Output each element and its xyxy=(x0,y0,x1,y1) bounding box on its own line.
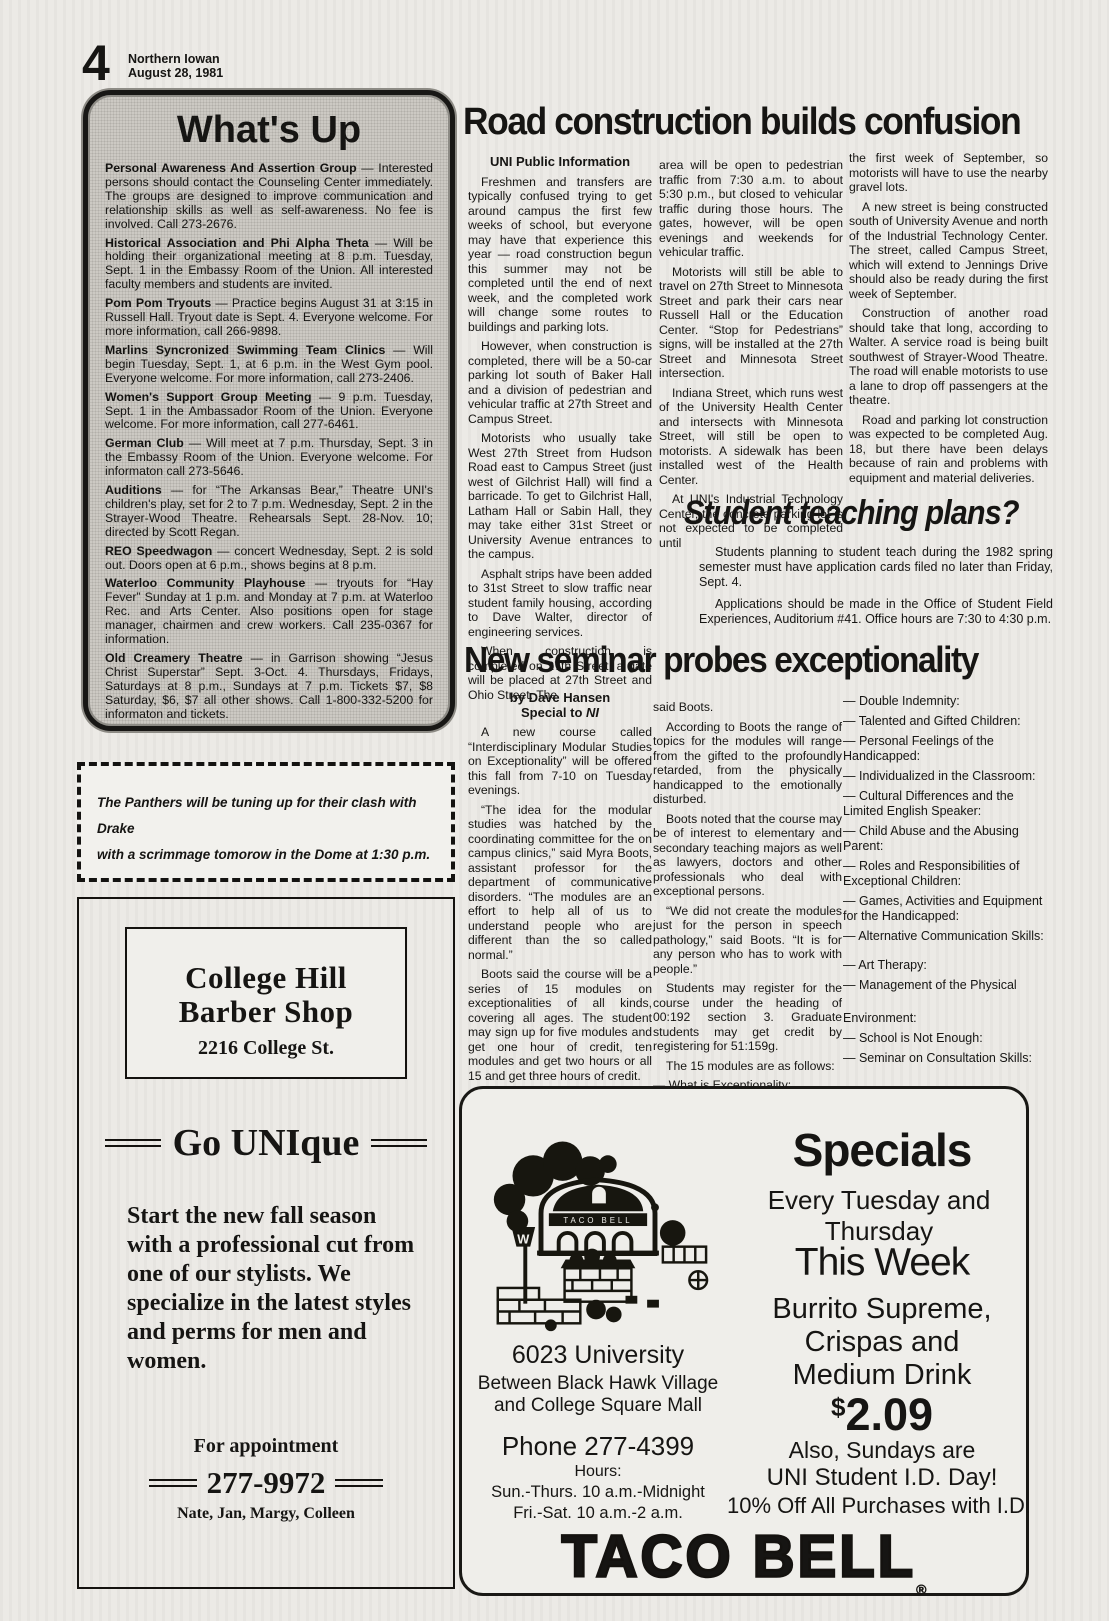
module-item: — Double Indemnity: xyxy=(843,694,1052,709)
this-week-title: This Week xyxy=(742,1241,1022,1285)
article-paragraph: The 15 modules are as follows: xyxy=(653,1059,842,1074)
taco-hours-label: Hours: xyxy=(462,1463,734,1481)
item-name: Marlins Syncronized Swimming Team Clinic… xyxy=(105,343,385,357)
road-column-1: UNI Public Information Freshmen and tran… xyxy=(468,155,652,707)
specials-subtitle: Every Tuesday and Thursday xyxy=(724,1185,1034,1247)
whats-up-item: “Spoon River Revisited” — extended perfo… xyxy=(105,727,433,731)
taco-lamp-glyph: W xyxy=(517,1232,530,1247)
sunday-promo-line3: 10% Off All Purchases with I.D. xyxy=(724,1493,1034,1519)
module-item: — Games, Activities and Equipment for th… xyxy=(843,894,1052,924)
whats-up-item: German Club — Will meet at 7 p.m. Thursd… xyxy=(105,437,433,479)
sunday-promo-line2: UNI Student I.D. Day! xyxy=(742,1464,1022,1492)
appointment-label: For appointment xyxy=(79,1435,453,1458)
road-column-3: the first week of September, so motorist… xyxy=(849,151,1048,490)
taco-bell-logo: TACO BELL® xyxy=(462,1522,1026,1597)
special-item-2: Crispas and xyxy=(742,1326,1022,1359)
module-item: — School is Not Enough: xyxy=(843,1031,1052,1046)
article-paragraph: Freshmen and transfers are typically con… xyxy=(468,175,652,335)
taco-address-line2: Between Black Hawk Village xyxy=(462,1373,734,1395)
taco-address-line3: and College Square Mall xyxy=(462,1395,734,1417)
item-name: Auditions xyxy=(105,483,162,497)
article-paragraph: Boots noted that the course may be of in… xyxy=(653,812,842,899)
barber-name: College Hill Barber Shop xyxy=(127,961,405,1029)
module-item: — Alternative Communication Skills: xyxy=(843,929,1052,944)
barber-shop-ad: College Hill Barber Shop 2216 College St… xyxy=(77,897,455,1589)
panthers-line2: with a scrimmage tomorow in the Dome at … xyxy=(97,842,435,868)
price-value: 2.09 xyxy=(845,1389,933,1440)
item-name: German Club xyxy=(105,436,184,450)
item-text: — extended performances Sunday and Tuesd… xyxy=(105,726,433,731)
article-paragraph: Students may register for the course und… xyxy=(653,981,842,1054)
road-byline: UNI Public Information xyxy=(468,155,652,170)
seminar-byline-credit: Special to NI xyxy=(468,706,652,721)
item-name: Personal Awareness And Assertion Group xyxy=(105,161,357,175)
unique-body-text: Start the new fall season with a profess… xyxy=(127,1202,423,1376)
item-name: Old Creamery Theatre xyxy=(105,651,243,665)
sunday-promo-line1: Also, Sundays are xyxy=(742,1437,1022,1464)
whats-up-item: Women's Support Group Meeting — 9 p.m. T… xyxy=(105,391,433,433)
seminar-headline: New seminar probes exceptionality xyxy=(464,639,978,681)
double-rule-left xyxy=(149,1479,197,1487)
teaching-headline: Student teaching plans? xyxy=(684,494,1019,533)
unique-heading: Go UNIque xyxy=(173,1121,360,1165)
unique-phone: 277-9972 xyxy=(207,1465,326,1501)
module-item: — Roles and Responsibilities of Exceptio… xyxy=(843,859,1052,889)
byline-publication: NI xyxy=(586,705,599,720)
whats-up-item: Old Creamery Theatre — in Garrison showi… xyxy=(105,652,433,722)
article-paragraph: Indiana Street, which runs west of the U… xyxy=(659,386,843,488)
item-name: REO Speedwagon xyxy=(105,544,212,558)
item-name: “Spoon River Revisited” xyxy=(105,726,263,731)
price-dollar-sign: $ xyxy=(831,1392,845,1422)
page-number: 4 xyxy=(82,34,108,92)
whats-up-item: Marlins Syncronized Swimming Team Clinic… xyxy=(105,344,433,386)
seminar-byline-author: by Dave Hansen xyxy=(468,691,652,706)
article-paragraph: the first week of September, so motorist… xyxy=(849,151,1048,195)
taco-bell-ad: TACO BELL W xyxy=(459,1086,1029,1596)
special-item-3: Medium Drink xyxy=(742,1359,1022,1392)
barber-shop-sign: College Hill Barber Shop 2216 College St… xyxy=(125,927,407,1079)
teaching-paragraph: Applications should be made in the Offic… xyxy=(699,597,1053,627)
barber-address: 2216 College St. xyxy=(127,1037,405,1060)
special-item-1: Burrito Supreme, xyxy=(742,1293,1022,1326)
article-paragraph: Construction of another road should take… xyxy=(849,306,1048,408)
item-name: Pom Pom Tryouts xyxy=(105,296,211,310)
item-name: Historical Association and Phi Alpha The… xyxy=(105,236,369,250)
article-paragraph: said Boots. xyxy=(653,700,842,715)
whats-up-item: Waterloo Community Playhouse — tryouts f… xyxy=(105,577,433,647)
barber-name-line2: Barber Shop xyxy=(127,995,405,1029)
masthead-title: Northern Iowan xyxy=(128,52,223,66)
article-paragraph: A new street is being constructed south … xyxy=(849,200,1048,302)
taco-sign-text: TACO BELL xyxy=(563,1216,632,1225)
module-item: — Child Abuse and the Abusing Parent: xyxy=(843,824,1052,854)
module-item: — Seminar on Consultation Skills: xyxy=(843,1051,1052,1066)
article-paragraph: Motorists who usually take West 27th Str… xyxy=(468,431,652,562)
panthers-note-box: The Panthers will be tuning up for their… xyxy=(77,762,455,882)
article-paragraph: A new course called “Interdisciplinary M… xyxy=(468,725,652,798)
whats-up-title: What's Up xyxy=(105,109,433,152)
module-item: — Management of the Physical xyxy=(843,978,1052,993)
article-paragraph: According to Boots the range of topics f… xyxy=(653,720,842,807)
article-paragraph: area will be open to pedestrian traffic … xyxy=(659,158,843,260)
double-rule-left xyxy=(105,1139,161,1147)
article-paragraph: “We did not create the modules just for … xyxy=(653,904,842,977)
whats-up-item: REO Speedwagon — concert Wednesday, Sept… xyxy=(105,545,433,573)
barber-name-line1: College Hill xyxy=(127,961,405,995)
specials-title: Specials xyxy=(742,1123,1022,1177)
article-paragraph: Road and parking lot construction was ex… xyxy=(849,413,1048,486)
module-item: — Art Therapy: xyxy=(843,958,1052,973)
article-paragraph: Motorists will still be able to travel o… xyxy=(659,265,843,381)
module-item: — Individualized in the Classroom: xyxy=(843,769,1052,784)
whats-up-item: Historical Association and Phi Alpha The… xyxy=(105,237,433,293)
registered-mark: ® xyxy=(916,1581,926,1597)
special-price: $2.09 xyxy=(742,1389,1022,1441)
module-item: — Talented and Gifted Children: xyxy=(843,714,1052,729)
item-name: Waterloo Community Playhouse xyxy=(105,576,305,590)
byline-prefix: Special to xyxy=(521,705,586,720)
masthead: Northern Iowan August 28, 1981 xyxy=(128,52,223,80)
unique-phone-row: 277-9972 xyxy=(79,1465,453,1501)
teaching-body: Students planning to student teach durin… xyxy=(699,545,1053,634)
newspaper-page: 4 Northern Iowan August 28, 1981 What's … xyxy=(0,0,1109,1621)
stylist-names: Nate, Jan, Margy, Colleen xyxy=(79,1505,453,1523)
seminar-column-3: — Double Indemnity: — Talented and Gifte… xyxy=(843,694,1052,1071)
taco-restaurant-illustration: TACO BELL W xyxy=(480,1115,716,1346)
article-paragraph: However, when construction is completed,… xyxy=(468,339,652,426)
double-rule-right xyxy=(371,1139,427,1147)
seminar-column-2: said Boots. According to Boots the range… xyxy=(653,700,842,1117)
module-item: Environment: xyxy=(843,1011,1052,1026)
unique-heading-row: Go UNIque xyxy=(79,1121,453,1165)
taco-hours-weekday: Sun.-Thurs. 10 a.m.-Midnight xyxy=(462,1483,734,1502)
whats-up-item: Auditions — for “The Arkansas Bear,” The… xyxy=(105,484,433,540)
item-name: Women's Support Group Meeting xyxy=(105,390,312,404)
whats-up-item: Pom Pom Tryouts — Practice begins August… xyxy=(105,297,433,339)
article-paragraph: Boots said the course will be a series o… xyxy=(468,967,652,1083)
whats-up-box: What's Up Personal Awareness And Asserti… xyxy=(83,90,455,731)
article-paragraph: “The idea for the modular studies was ha… xyxy=(468,803,652,963)
masthead-date: August 28, 1981 xyxy=(128,66,223,80)
taco-phone: Phone 277-4399 xyxy=(462,1431,734,1462)
article-paragraph: Asphalt strips have been added to 31st S… xyxy=(468,567,652,640)
logo-text: TACO BELL xyxy=(562,1523,917,1589)
taco-hours-weekend: Fri.-Sat. 10 a.m.-2 a.m. xyxy=(462,1504,734,1523)
module-item: — Cultural Differences and the Limited E… xyxy=(843,789,1052,819)
whats-up-item: Personal Awareness And Assertion Group —… xyxy=(105,162,433,232)
double-rule-right xyxy=(335,1479,383,1487)
teaching-paragraph: Students planning to student teach durin… xyxy=(699,545,1053,590)
taco-address-line1: 6023 University xyxy=(470,1341,726,1370)
road-headline: Road construction builds confusion xyxy=(463,101,1020,144)
panthers-line1: The Panthers will be tuning up for their… xyxy=(97,790,435,842)
module-item: — Personal Feelings of the Handicapped: xyxy=(843,734,1052,764)
